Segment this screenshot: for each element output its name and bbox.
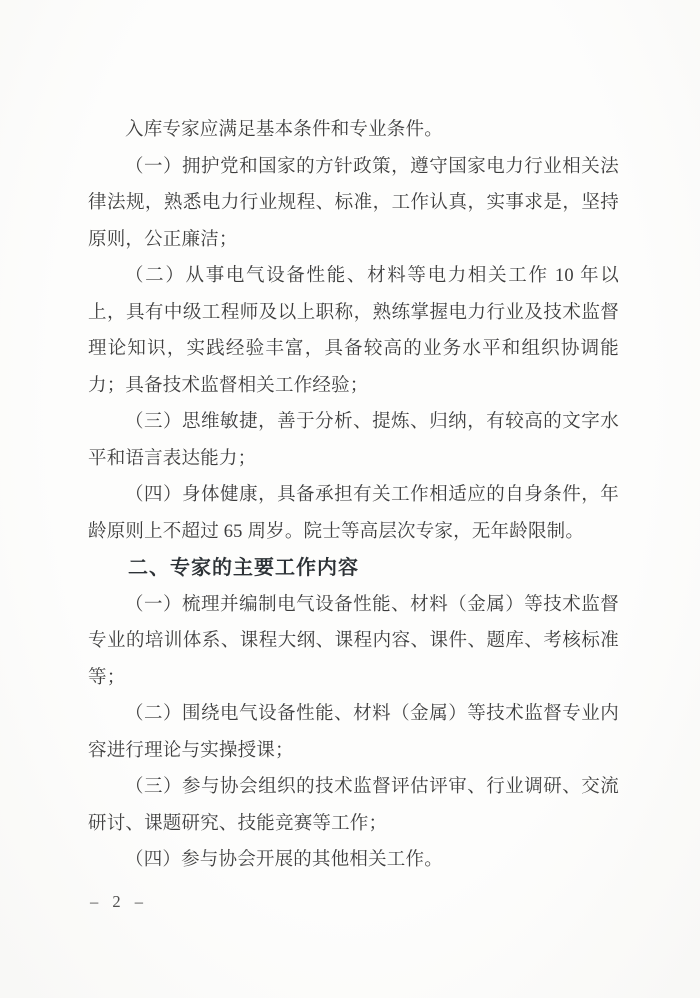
paragraph-work-2: （二）围绕电气设备性能、材料（金属）等技术监督专业内容进行理论与实操授课； (88, 696, 619, 769)
document-content: 入库专家应满足基本条件和专业条件。 （一）拥护党和国家的方针政策，遵守国家电力行… (88, 112, 619, 879)
document-page: 入库专家应满足基本条件和专业条件。 （一）拥护党和国家的方针政策，遵守国家电力行… (0, 0, 700, 998)
paragraph-condition-1: （一）拥护党和国家的方针政策，遵守国家电力行业相关法律法规，熟悉电力行业规程、标… (88, 149, 619, 259)
paragraph-work-4: （四）参与协会开展的其他相关工作。 (88, 842, 619, 879)
paragraph-condition-4: （四）身体健康，具备承担有关工作相适应的自身条件，年龄原则上不超过 65 周岁。… (88, 477, 619, 550)
paragraph-condition-2: （二）从事电气设备性能、材料等电力相关工作 10 年以上，具有中级工程师及以上职… (88, 258, 619, 404)
paragraph-condition-3: （三）思维敏捷，善于分析、提炼、归纳，有较高的文字水平和语言表达能力； (88, 404, 619, 477)
page-number: – 2 – (90, 892, 148, 912)
paragraph-work-3: （三）参与协会组织的技术监督评估评审、行业调研、交流研讨、课题研究、技能竞赛等工… (88, 769, 619, 842)
paragraph-work-1: （一）梳理并编制电气设备性能、材料（金属）等技术监督专业的培训体系、课程大纲、课… (88, 587, 619, 697)
paragraph-intro: 入库专家应满足基本条件和专业条件。 (88, 112, 619, 149)
section-heading-main-work: 二、专家的主要工作内容 (88, 550, 619, 587)
